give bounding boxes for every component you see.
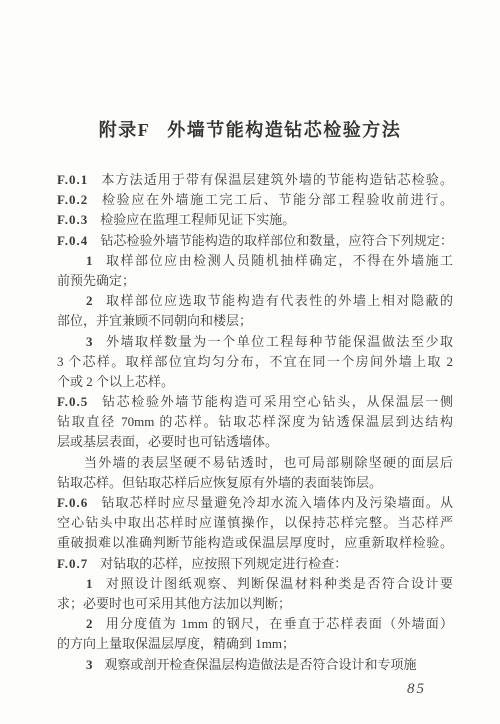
text-line: 前预先确定；: [57, 271, 453, 291]
appendix-label: 附录F: [99, 120, 151, 140]
title-text: 外墙节能构造钻芯检验方法: [167, 120, 401, 140]
text-line: F.0.1本方法适用于带有保温层建筑外墙的节能构造钻芯检验。: [57, 170, 453, 190]
item-number: 3: [86, 657, 93, 672]
text-line: 1取样部位应由检测人员随机抽样确定，不得在外墙施工: [57, 251, 453, 271]
text-line: 1对照设计图纸观察、判断保温材料种类是否符合设计要: [57, 574, 453, 594]
text-line: F.0.5钻芯检验外墙节能构造可采用空心钻头，从保温层一侧: [57, 392, 453, 412]
text-line: F.0.3检验应在监理工程师见证下实施。: [57, 210, 453, 230]
item-number: 2: [86, 293, 93, 308]
text-line: F.0.2检验应在外墙施工完工后、节能分部工程验收前进行。: [57, 190, 453, 210]
clause-number: F.0.5: [57, 394, 88, 409]
text-line: 的方向上量取保温层厚度，精确到 1mm；: [57, 634, 453, 654]
text-line: 个或 2 个以上芯样。: [57, 372, 453, 392]
text-line: 重破损难以准确判断节能构造或保温层厚度时，应重新取样检验。: [57, 533, 453, 553]
page-number: 85: [407, 681, 426, 698]
document-page: 附录F外墙节能构造钻芯检验方法 F.0.1本方法适用于带有保温层建筑外墙的节能构…: [0, 0, 500, 724]
item-number: 1: [86, 253, 93, 268]
text-line: 2用分度值为 1mm 的钢尺，在垂直于芯样表面（外墙面）: [57, 614, 453, 634]
text-line: 2取样部位应选取节能构造有代表性的外墙上相对隐蔽的: [57, 291, 453, 311]
text-line: F.0.6钻取芯样时应尽量避免冷却水流入墙体内及污染墙面。从: [57, 493, 453, 513]
clause-number: F.0.2: [57, 192, 88, 207]
text-line: 部位，并宜兼顾不同朝向和楼层；: [57, 311, 453, 331]
text-line: 层或基层表面，必要时也可钻透墙体。: [57, 432, 453, 452]
text-line: 钻取芯样。但钻取芯样后应恢复原有外墙的表面装饰层。: [57, 473, 453, 493]
item-number: 2: [86, 616, 93, 631]
clause-number: F.0.1: [57, 172, 88, 187]
text-line: 当外墙的表层坚硬不易钻透时，也可局部剔除坚硬的面层后: [57, 453, 453, 473]
item-number: 1: [86, 576, 93, 591]
text-line: 3观察或剖开检查保温层构造做法是否符合设计和专项施: [57, 655, 453, 675]
document-body: F.0.1本方法适用于带有保温层建筑外墙的节能构造钻芯检验。F.0.2检验应在外…: [57, 170, 453, 675]
text-line: 3外墙取样数量为一个单位工程每种节能保温做法至少取: [57, 332, 453, 352]
page-title: 附录F外墙节能构造钻芯检验方法: [0, 118, 500, 142]
clause-number: F.0.3: [57, 212, 88, 227]
item-number: 3: [86, 334, 93, 349]
text-line: 求；必要时也可采用其他方法加以判断；: [57, 594, 453, 614]
text-line: F.0.7对钻取的芯样，应按照下列规定进行检查：: [57, 554, 453, 574]
text-line: 钻取直径 70mm 的芯样。钻取芯样深度为钻透保温层到达结构: [57, 412, 453, 432]
clause-number: F.0.4: [57, 233, 88, 248]
text-line: F.0.4钻芯检验外墙节能构造的取样部位和数量，应符合下列规定：: [57, 231, 453, 251]
clause-number: F.0.6: [57, 495, 88, 510]
text-line: 空心钻头中取出芯样时应谨慎操作，以保持芯样完整。当芯样严: [57, 513, 453, 533]
text-line: 3 个芯样。取样部位宜均匀分布，不宜在同一个房间外墙上取 2: [57, 352, 453, 372]
clause-number: F.0.7: [57, 556, 88, 571]
